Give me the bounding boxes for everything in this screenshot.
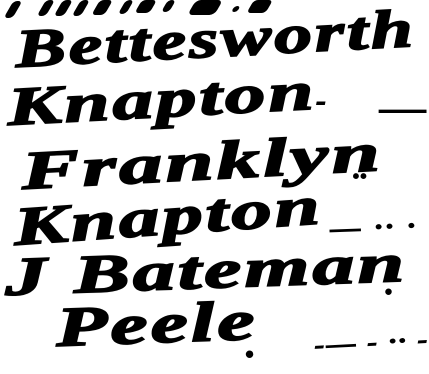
handwritten-line-knapton-1: Knapton xyxy=(6,64,318,134)
ink-dots: ·· xyxy=(352,162,367,192)
ink-dash-trail-bottom: -— - ·· - xyxy=(314,328,429,358)
manuscript-scan: Bettesworth Knapton - — Franklyn ·· Knap… xyxy=(0,0,429,374)
handwritten-line-peele: Peele xyxy=(55,293,258,356)
ink-dot: · xyxy=(384,276,393,310)
ink-period: . xyxy=(246,324,256,364)
ink-dash-short: - xyxy=(316,86,326,116)
ink-dash-long: — xyxy=(380,92,426,126)
